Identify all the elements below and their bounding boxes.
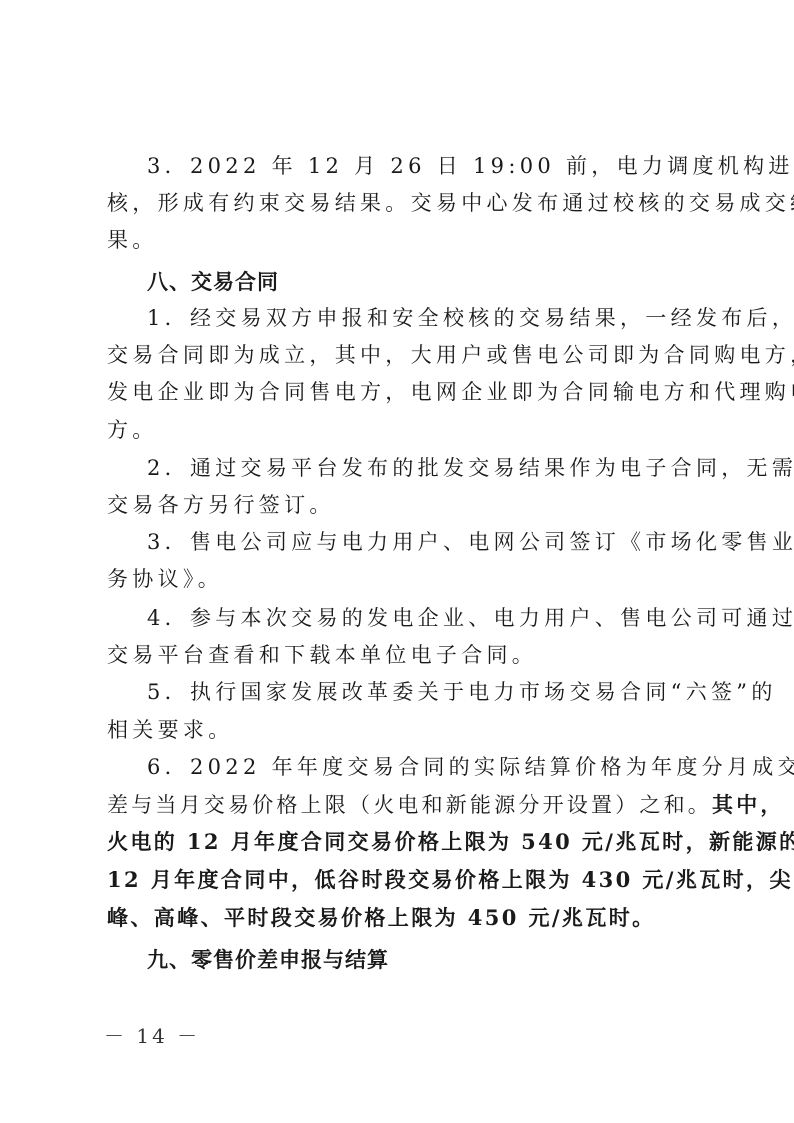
paragraph-line: 发电企业即为合同售电方，电网企业即为合同输电方和代理购电 [107, 378, 702, 406]
paragraph-line: 3．2022 年 12 月 26 日 19:00 前，电力调度机构进行安全校 [147, 152, 702, 180]
paragraph-line: 5．执行国家发展改革委关于电力市场交易合同“六签”的 [147, 678, 702, 706]
section-heading: 八、交易合同 [147, 268, 702, 296]
paragraph-line: 交易合同即为成立，其中，大用户或售电公司即为合同购电方， [107, 341, 702, 369]
paragraph-line: 核，形成有约束交易结果。交易中心发布通过校核的交易成交结 [107, 189, 702, 217]
normal-text: 差与当月交易价格上限（火电和新能源分开设置）之和。 [107, 793, 712, 817]
bold-paragraph-line: 12 月年度合同中，低谷时段交易价格上限为 430 元/兆瓦时，尖 [107, 866, 702, 894]
document-page: 3．2022 年 12 月 26 日 19:00 前，电力调度机构进行安全校 核… [0, 0, 794, 1123]
section-heading: 九、零售价差申报与结算 [147, 946, 702, 974]
paragraph-line: 3．售电公司应与电力用户、电网公司签订《市场化零售业 [147, 528, 702, 556]
paragraph-line: 务协议》。 [107, 565, 702, 593]
paragraph-line: 差与当月交易价格上限（火电和新能源分开设置）之和。其中， [107, 791, 702, 819]
paragraph-line: 6．2022 年年度交易合同的实际结算价格为年度分月成交价 [147, 753, 702, 781]
paragraph-line: 4．参与本次交易的发电企业、电力用户、售电公司可通过 [147, 604, 702, 632]
paragraph-line: 方。 [107, 416, 702, 444]
paragraph-line: 果。 [107, 226, 702, 254]
bold-paragraph-line: 峰、高峰、平时段交易价格上限为 450 元/兆瓦时。 [107, 904, 702, 932]
paragraph-line: 交易各方另行签订。 [107, 491, 702, 519]
bold-text: 其中， [712, 792, 785, 817]
paragraph-line: 交易平台查看和下载本单位电子合同。 [107, 641, 702, 669]
paragraph-line: 相关要求。 [107, 716, 702, 744]
paragraph-line: 2．通过交易平台发布的批发交易结果作为电子合同，无需 [147, 454, 702, 482]
page-number: － 14 － [104, 1020, 200, 1049]
paragraph-line: 1．经交易双方申报和安全校核的交易结果，一经发布后， [147, 304, 702, 332]
bold-paragraph-line: 火电的 12 月年度合同交易价格上限为 540 元/兆瓦时，新能源的 [107, 828, 702, 856]
